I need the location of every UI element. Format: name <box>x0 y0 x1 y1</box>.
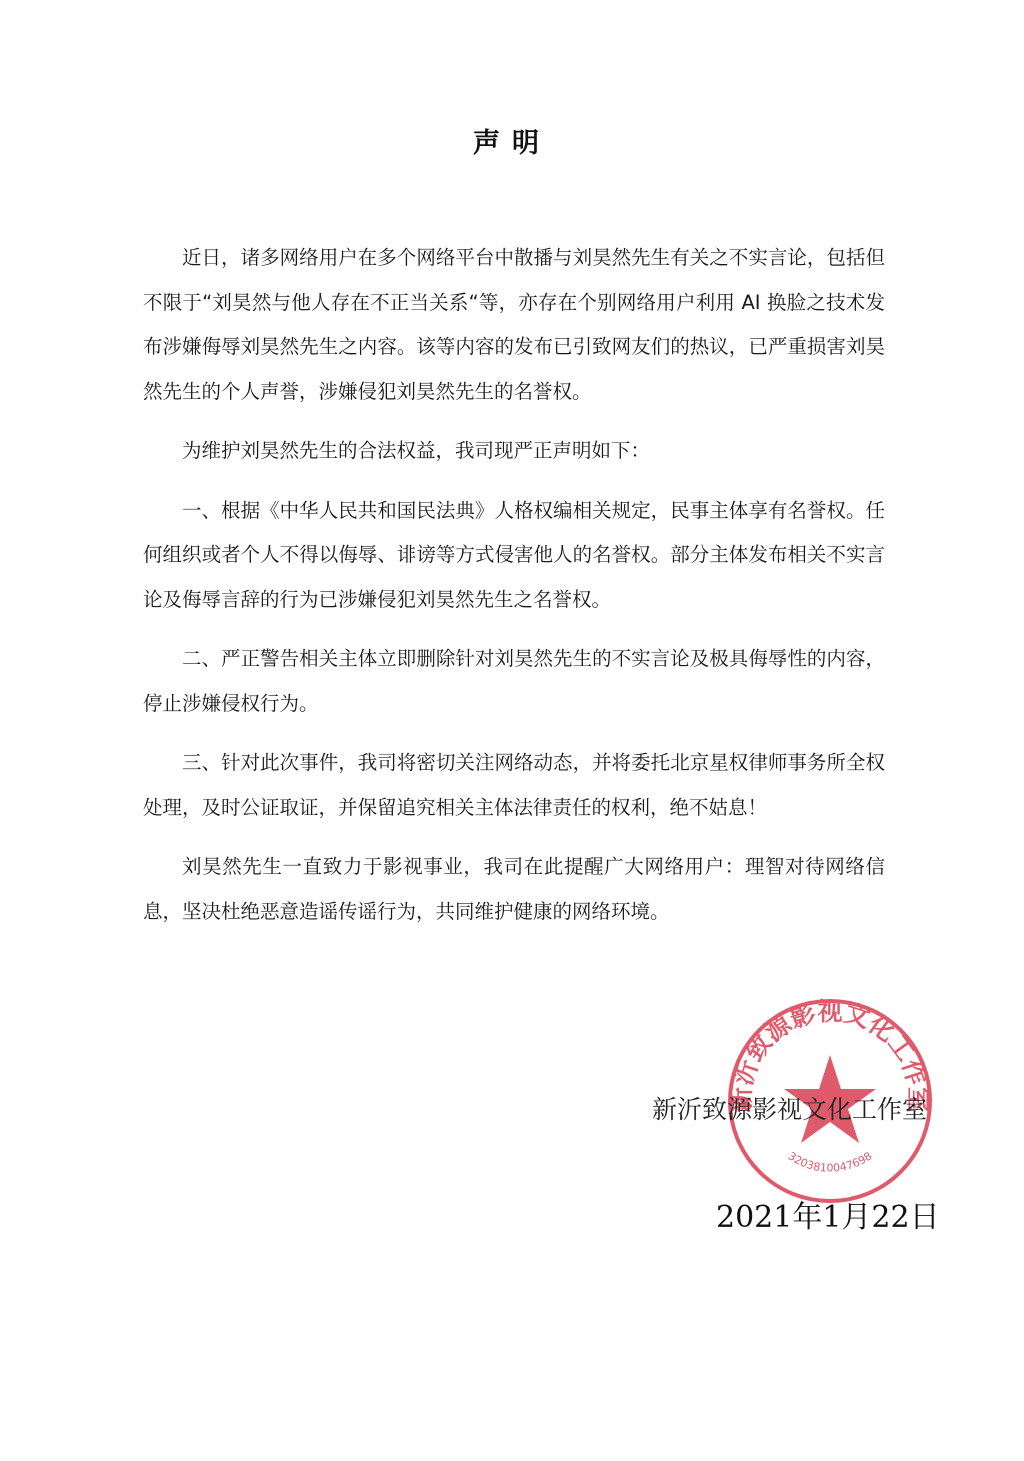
document-page: 声明 近日，诸多网络用户在多个网络平台中散播与刘昊然先生有关之不实言论，包括但不… <box>0 0 1024 1461</box>
paragraph-item-3: 三、针对此次事件，我司将密切关注网络动态，并将委托北京星权律师事务所全权处理，及… <box>143 741 885 830</box>
signature-date: 2021年1月22日 <box>716 1196 936 1240</box>
signature-company: 新沂致源影视文化工作室 <box>652 1090 932 1130</box>
paragraph-item-2: 二、严正警告相关主体立即删除针对刘昊然先生的不实言论及极具侮辱性的内容，停止涉嫌… <box>143 637 885 726</box>
paragraph-item-1: 一、根据《中华人民共和国民法典》人格权编相关规定，民事主体享有名誉权。任何组织或… <box>143 489 885 623</box>
svg-text:3203810047698: 3203810047698 <box>786 1149 875 1174</box>
paragraph-closing: 刘昊然先生一直致力于影视事业，我司在此提醒广大网络用户：理智对待网络信息，坚决杜… <box>143 845 885 934</box>
paragraph-intro: 近日，诸多网络用户在多个网络平台中散播与刘昊然先生有关之不实言论，包括但不限于“… <box>143 236 885 414</box>
paragraph-declaration: 为维护刘昊然先生的合法权益，我司现严正声明如下： <box>143 429 885 474</box>
document-body: 近日，诸多网络用户在多个网络平台中散播与刘昊然先生有关之不实言论，包括但不限于“… <box>143 236 885 949</box>
stamp-number: 3203810047698 <box>786 1149 875 1174</box>
document-title: 声明 <box>0 124 1024 164</box>
